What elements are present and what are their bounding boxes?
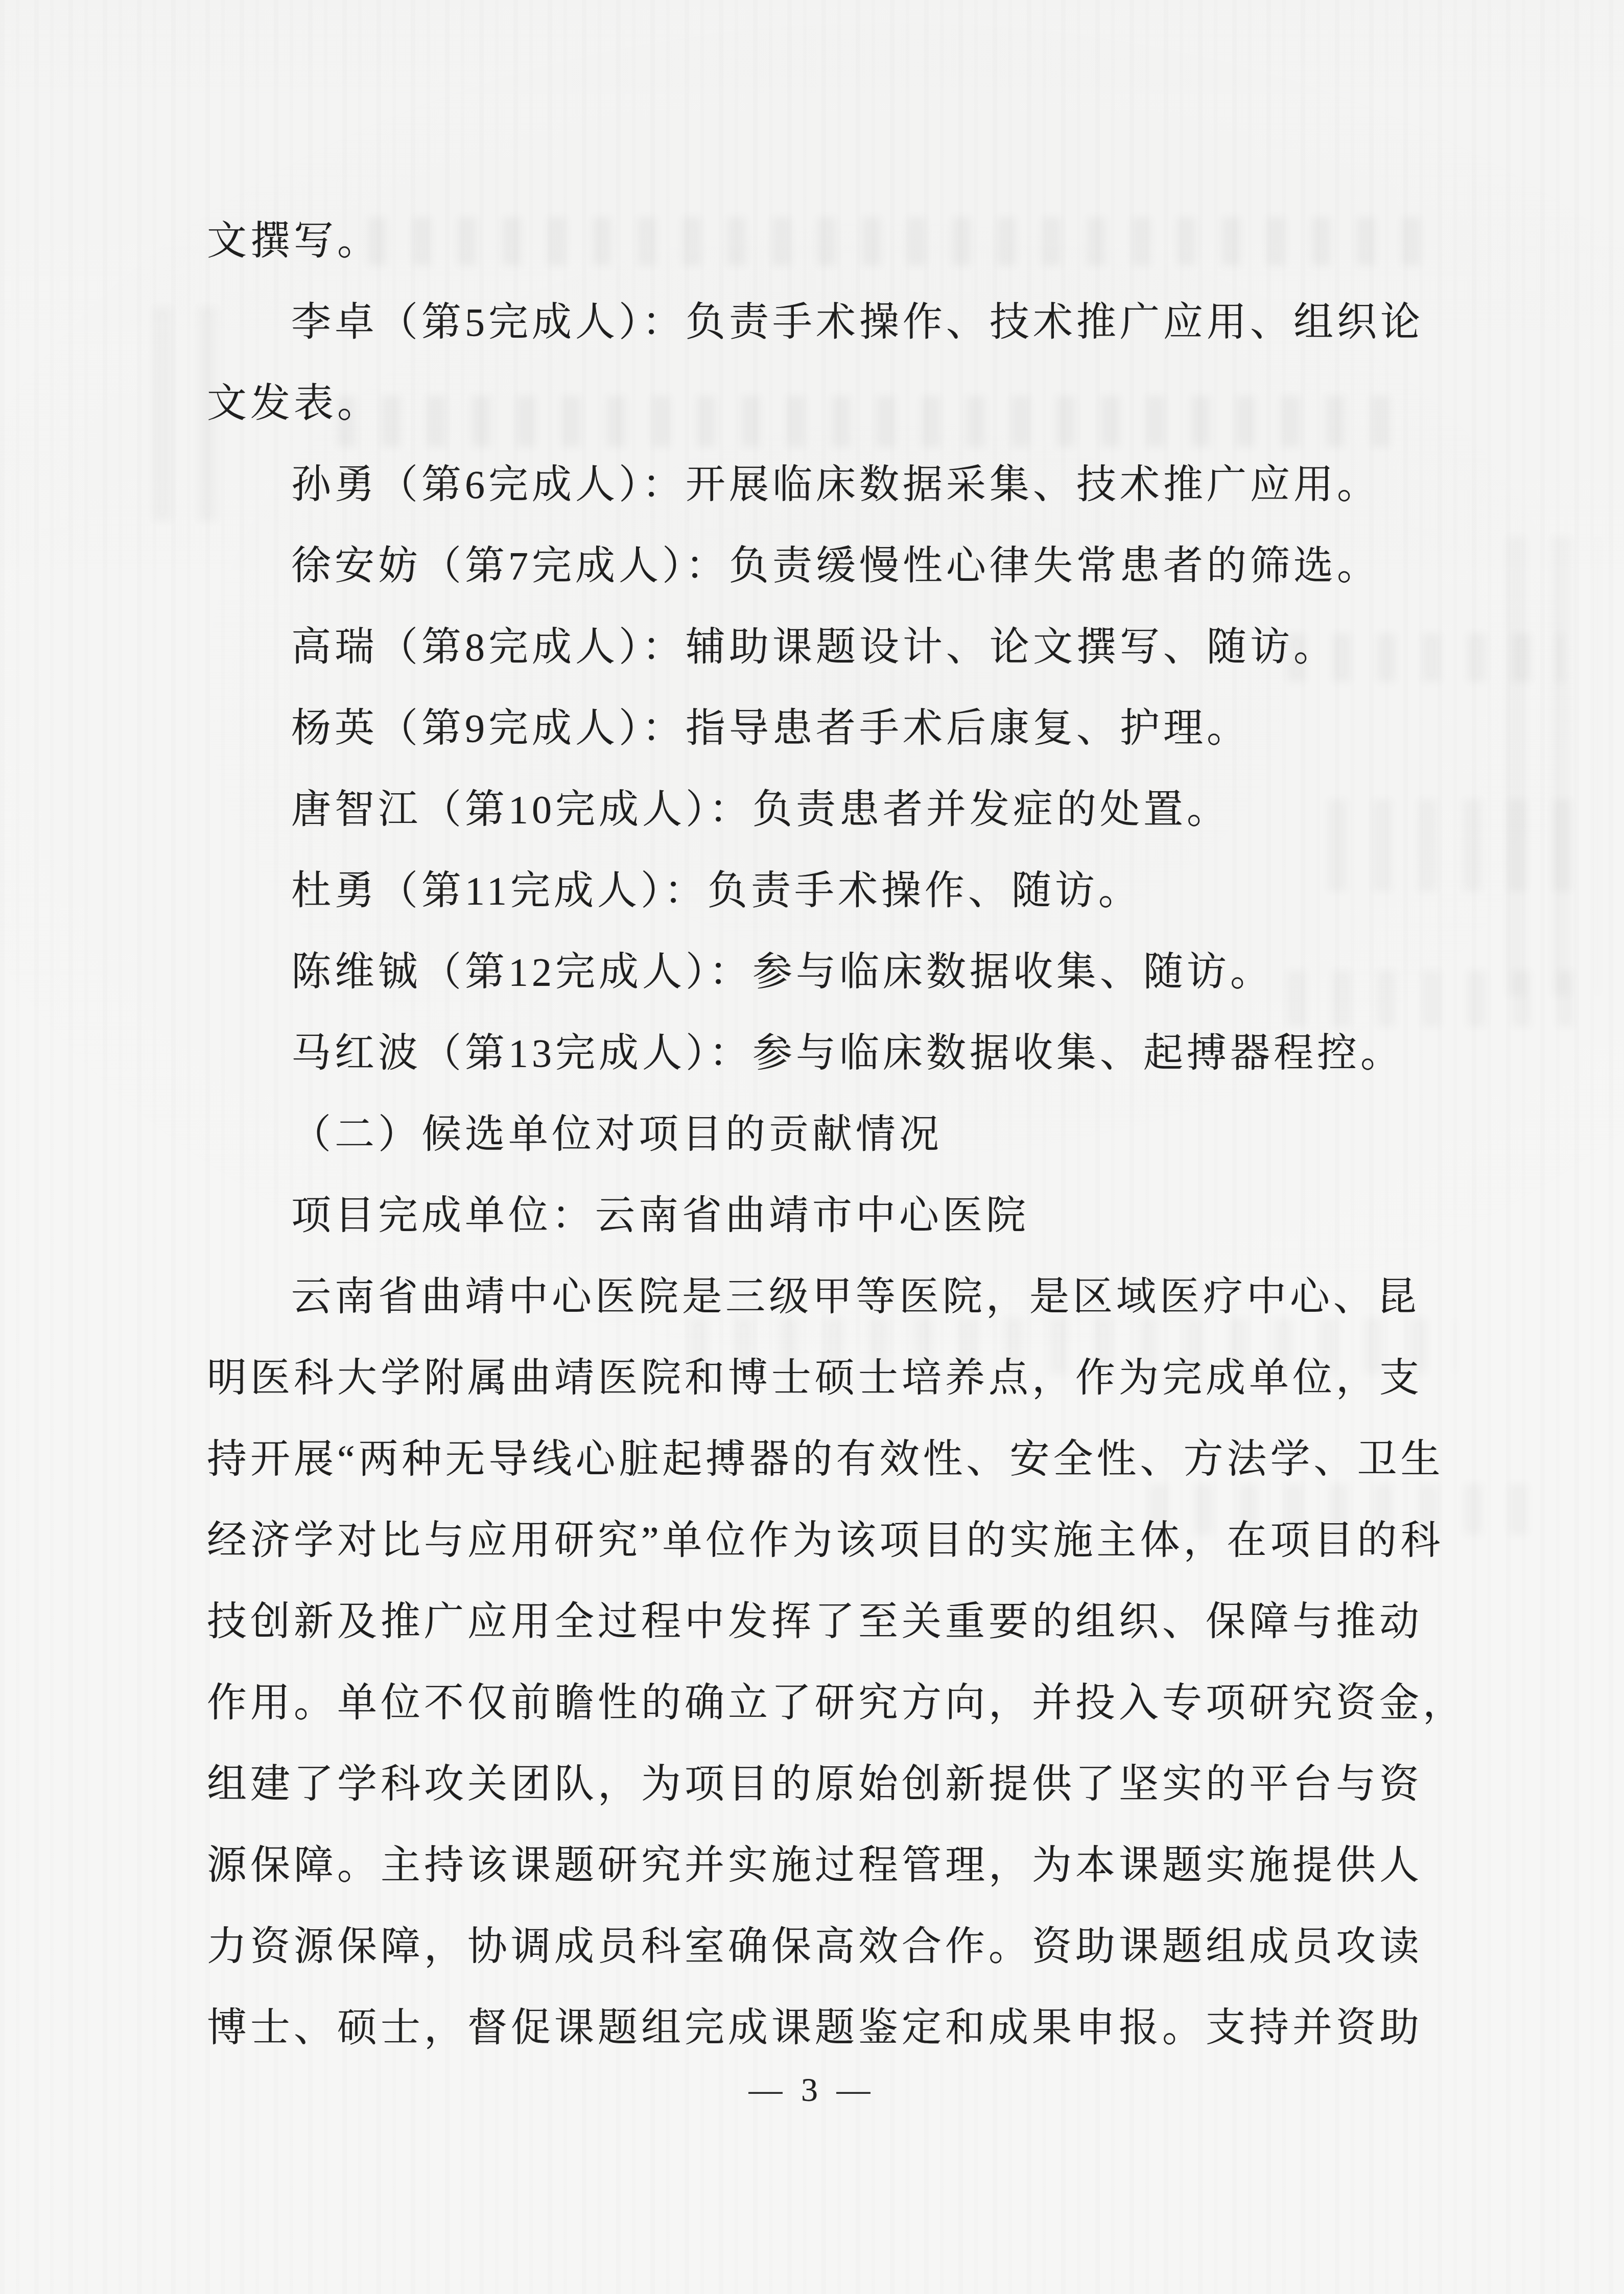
text-line: 徐安妨（第7完成人）：负责缓慢性心律失常患者的筛选。 xyxy=(207,525,1430,606)
text-line: 杜勇（第11完成人）：负责手术操作、随访。 xyxy=(207,850,1430,931)
text-line: 李卓（第5完成人）：负责手术操作、技术推广应用、组织论 xyxy=(207,281,1430,363)
text-line: 高瑞（第8完成人）：辅助课题设计、论文撰写、随访。 xyxy=(207,606,1430,688)
text-line: 明医科大学附属曲靖医院和博士硕士培养点，作为完成单位，支 xyxy=(207,1337,1430,1418)
text-line: 杨英（第9完成人）：指导患者手术后康复、护理。 xyxy=(207,688,1430,769)
text-line: 项目完成单位：云南省曲靖市中心医院 xyxy=(207,1175,1430,1256)
text-line: 力资源保障，协调成员科室确保高效合作。资助课题组成员攻读 xyxy=(207,1906,1430,1987)
text-line: 陈维铖（第12完成人）：参与临床数据收集、随访。 xyxy=(207,931,1430,1012)
text-line: 孙勇（第6完成人）：开展临床数据采集、技术推广应用。 xyxy=(207,444,1430,525)
document-page: 文撰写。李卓（第5完成人）：负责手术操作、技术推广应用、组织论文发表。孙勇（第6… xyxy=(0,0,1624,2294)
text-line: 源保障。主持该课题研究并实施过程管理，为本课题实施提供人 xyxy=(207,1825,1430,1906)
text-line: 博士、硕士，督促课题组完成课题鉴定和成果申报。支持并资助 xyxy=(207,1987,1430,2068)
document-body: 文撰写。李卓（第5完成人）：负责手术操作、技术推广应用、组织论文发表。孙勇（第6… xyxy=(207,200,1430,2068)
text-line: 作用。单位不仅前瞻性的确立了研究方向，并投入专项研究资金， xyxy=(207,1662,1430,1743)
page-number: — 3 — xyxy=(0,2065,1624,2116)
text-line: 技创新及推广应用全过程中发挥了至关重要的组织、保障与推动 xyxy=(207,1581,1430,1662)
text-line: 组建了学科攻关团队，为项目的原始创新提供了坚实的平台与资 xyxy=(207,1743,1430,1825)
text-line: 云南省曲靖中心医院是三级甲等医院，是区域医疗中心、昆 xyxy=(207,1256,1430,1337)
text-line: 持开展“两种无导线心脏起搏器的有效性、安全性、方法学、卫生 xyxy=(207,1418,1430,1500)
bleed-through-artifact xyxy=(1507,536,1599,996)
text-line: 文发表。 xyxy=(207,363,1430,444)
text-line: 文撰写。 xyxy=(207,200,1430,281)
text-line: 唐智江（第10完成人）：负责患者并发症的处置。 xyxy=(207,769,1430,850)
text-line: （二）候选单位对项目的贡献情况 xyxy=(207,1094,1430,1175)
text-line: 马红波（第13完成人）：参与临床数据收集、起搏器程控。 xyxy=(207,1012,1430,1094)
text-line: 经济学对比与应用研究”单位作为该项目的实施主体，在项目的科 xyxy=(207,1500,1430,1581)
